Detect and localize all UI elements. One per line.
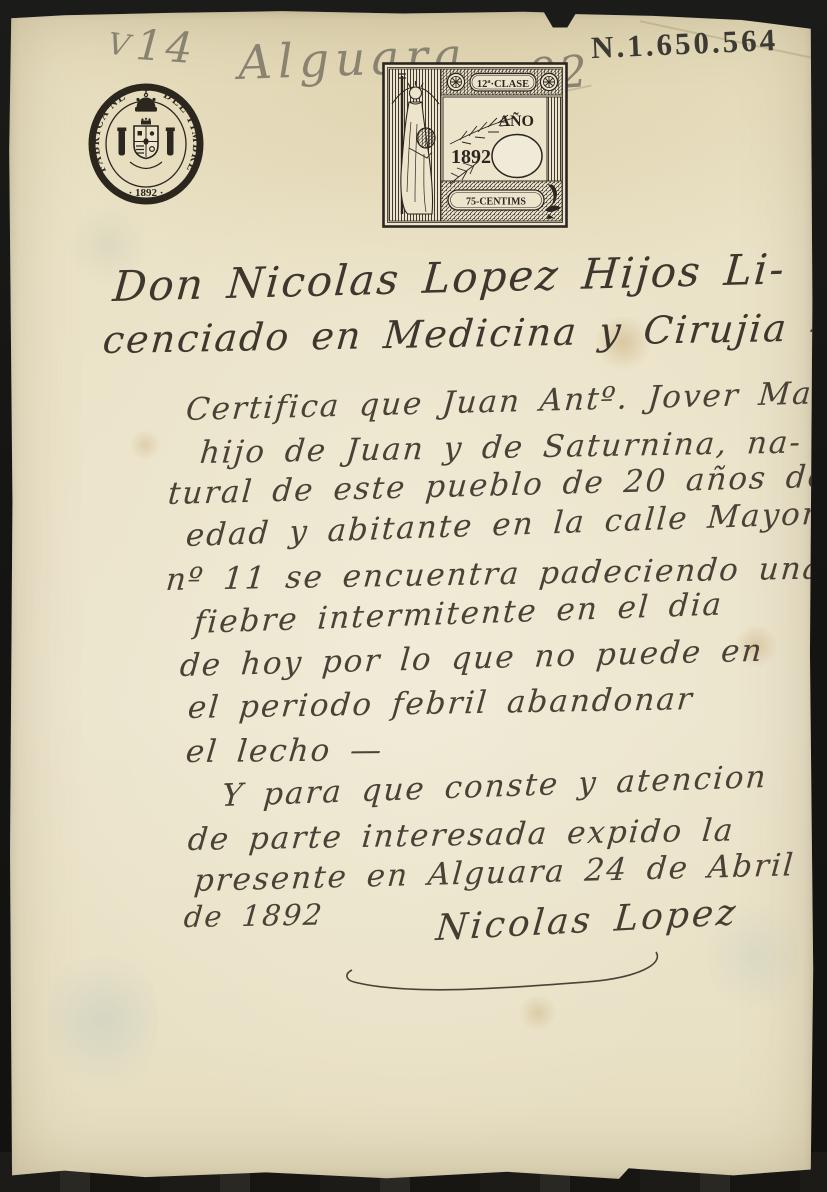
pencil-check-mark: V [106, 26, 135, 64]
stamp-denomination: 75-CENTIMS [466, 197, 526, 208]
stain [128, 430, 162, 460]
seal-coat-of-arms [118, 118, 175, 169]
manuscript-line: de 1892 [183, 898, 326, 934]
pencil-folio-number: 14 [134, 20, 197, 73]
serial-number-stamp: N.1.650.564 [590, 22, 779, 66]
stamp-year: 1892 [451, 146, 491, 168]
stain [48, 940, 158, 1100]
manuscript-line: Don Nicolas Lopez Hijos Li- [111, 244, 788, 311]
stamp-year-panel: AÑO 1892 [443, 97, 562, 184]
stamp-class-label: 12ª·CLASE [477, 79, 529, 90]
manuscript-line: el lecho — [184, 732, 385, 770]
stamp-denomination-band: 75-CENTIMS [441, 181, 562, 221]
dry-seal: FABRICA NL DEL TIMBRE · 1892 · [84, 80, 208, 208]
signature-flourish [338, 938, 668, 1008]
manuscript-line: cenciado en Medicina y Cirujia — [101, 305, 827, 362]
stamp-allegorical-figure [389, 69, 441, 221]
stamp-class-banner: 12ª·CLASE [441, 69, 562, 95]
revenue-stamp: 12ª·CLASE AÑO 1892 75-CENTIMS [382, 62, 568, 228]
manuscript-line: nº 11 se encuentra padeciendo una [164, 550, 824, 598]
stamp-blank-oval [492, 135, 542, 178]
manuscript-line: de hoy por lo que no puede en [179, 633, 765, 684]
seal-year: · 1892 · [129, 187, 164, 199]
manuscript-line: el periodo febril abandonar [186, 681, 695, 726]
document-paper: V 14 Alguara 92 N.1.650.564 FABRICA NL D… [8, 10, 814, 1180]
manuscript-line: Certifica que Juan Antº. Jover Mas [185, 375, 827, 428]
